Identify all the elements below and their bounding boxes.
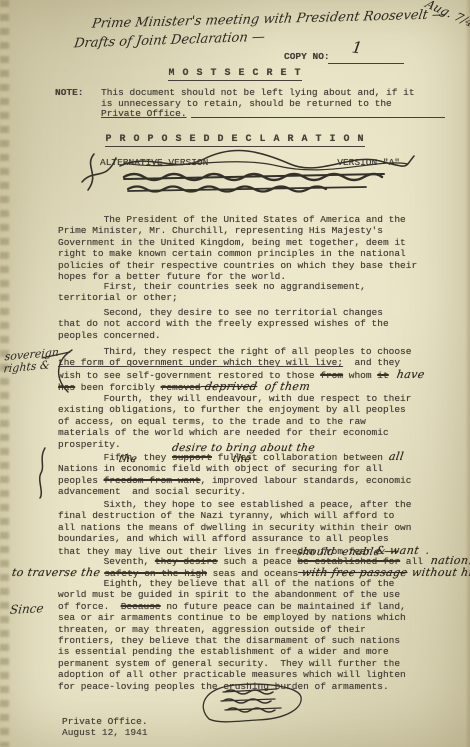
copy-number-underline [328, 63, 404, 64]
typed-segment: of access, on equal terms, to the trade … [58, 416, 366, 427]
text-line: materials of the world which are needed … [58, 427, 434, 438]
text-line: Government in the United Kingdom, being … [58, 237, 434, 248]
typed-segment: advancement and social security. [58, 486, 246, 497]
handwritten-segment: with free passage [297, 567, 408, 578]
typed-segment: Because [121, 601, 161, 612]
typed-segment: existing obligations, to further the enj… [58, 404, 406, 415]
typed-segment: object of securing for all [229, 463, 383, 474]
typed-segment: world must be guided in spirit to the ab… [58, 589, 400, 600]
typed-segment: Sixth, they hope to see established a pe… [58, 499, 411, 510]
typed-segment: Second, they desire to see no territoria… [58, 307, 383, 318]
typed-segment: Eighth, they believe that all of the nat… [58, 578, 394, 589]
note-text: This document should not be left lying a… [101, 88, 445, 120]
handwritten-header-line2: Drafts of Joint Declaration — [73, 30, 266, 52]
paragraph-fifth: Fifth, they desire to bring about thesup… [58, 451, 434, 498]
text-line: of force. Because no future peace can be… [58, 601, 434, 612]
typed-segment: peoples concerned. [58, 330, 161, 341]
text-line: permanent system of general security. Th… [58, 658, 434, 669]
typed-segment: sea or air armaments continue to be empl… [58, 612, 406, 623]
text-line: threaten, or may threaten, aggression ou… [58, 624, 434, 635]
text-line: Prime Minister, Mr. Churchill, represent… [58, 225, 434, 236]
note-private-office: Private Office. [101, 109, 187, 120]
text-line: territorial or other; [58, 292, 434, 303]
typed-segment: Third, they respect the right of all peo… [58, 346, 411, 357]
paragraph-seventh: Seventh, they desire such a peace should… [58, 555, 434, 580]
typed-segment: all nations the means of dwelling in sec… [58, 522, 411, 533]
text-line: The President of the United States of Am… [58, 214, 434, 225]
typed-segment: removed [161, 382, 201, 393]
typed-segment: Fourth, they will endeavour, with due re… [58, 393, 411, 404]
text-line: right to make known certain common princ… [58, 248, 434, 259]
text-line: peoples concerned. [58, 330, 434, 341]
note-line: Private Office. [101, 109, 445, 120]
text-line: existing obligations, to further the enj… [58, 404, 434, 415]
text-line: of access, on equal terms, to the trade … [58, 416, 434, 427]
text-line: policies of their respective countries o… [58, 260, 434, 271]
text-line: Fourth, they will endeavour, with due re… [58, 393, 434, 404]
text-line: sea or air armaments continue to be empl… [58, 612, 434, 623]
handwritten-segment: nation. [422, 555, 470, 566]
handwritten-segment: the [114, 454, 116, 465]
text-line: Nations in the economic field with the o… [58, 463, 434, 474]
paragraph-second: Second, they desire to see no territoria… [58, 307, 434, 341]
typed-segment: from [320, 370, 343, 381]
text-line: First, their countries seek no aggrandis… [58, 281, 434, 292]
typed-segment: Government in the United Kingdom, being … [58, 237, 406, 248]
typed-segment: Prime Minister, Mr. Churchill, represent… [58, 225, 383, 236]
typed-segment: freedom from want [104, 475, 201, 486]
typed-segment: The President of the United States of Am… [58, 214, 406, 225]
typed-segment: territorial or other; [58, 292, 178, 303]
typed-segment: been forcibly [75, 382, 161, 393]
classification-row: M O S T S E C R E T [0, 67, 470, 81]
handwritten-segment: all [388, 451, 405, 462]
typed-segment: they desire [155, 556, 218, 567]
text-line: that do not accord with the freely expre… [58, 318, 434, 329]
handwritten-header-line1: Prime Minister's meeting with President … [91, 7, 446, 31]
footer-office: Private Office. [62, 716, 148, 727]
typed-segment: prosperity. [58, 439, 121, 450]
typed-segment: economic field with [115, 463, 229, 474]
note-label: NOTE: [55, 88, 101, 120]
typed-segment: peoples [58, 475, 104, 486]
text-line: has been forcibly removed deprived of th… [58, 381, 434, 393]
handwritten-segment: should enable ⟶ [297, 547, 299, 558]
typed-segment: and they [343, 357, 400, 368]
handwritten-segment: deprived [200, 381, 258, 392]
handwritten-segment: desire to bring about the [171, 443, 173, 454]
typed-segment: materials of the world which are needed … [58, 427, 389, 438]
text-line: Second, they desire to see no territoria… [58, 307, 434, 318]
margin-brace-fifth [36, 446, 50, 500]
typed-segment: policies of their respective countries o… [58, 260, 417, 271]
typed-segment: is essential pending the establishment o… [58, 646, 389, 657]
typed-segment: of force. [58, 601, 121, 612]
footer-circled-scribble [193, 679, 313, 725]
footer-date: August 12, 1941 [62, 727, 148, 738]
typed-segment: threaten, or may threaten, aggression ou… [58, 624, 366, 635]
handwritten-segment: have [388, 369, 426, 380]
note-line: This document should not be left lying a… [101, 88, 445, 99]
text-line: the form of government under which they … [58, 357, 434, 368]
handwritten-segment: the [228, 454, 230, 465]
typed-segment: the form of government under which they … [58, 357, 343, 368]
typed-segment: permanent system of general security. Th… [58, 658, 400, 669]
text-line: Eighth, they believe that all of the nat… [58, 578, 434, 589]
handwritten-segment: of them [256, 381, 311, 392]
text-line: is essential pending the establishment o… [58, 646, 434, 657]
typed-segment: right to make known certain common princ… [58, 248, 406, 259]
typed-segment: frontiers, they believe that the disarma… [58, 635, 400, 646]
text-line: all nations the means of dwelling in sec… [58, 522, 434, 533]
paragraph-third: Third, they respect the right of all peo… [58, 346, 434, 394]
typed-segment: boundaries, and which will afford assura… [58, 533, 389, 544]
handwritten-segment: to traverse the [11, 567, 105, 578]
note-trailing-rule [191, 107, 445, 118]
classification-stamp: M O S T S E C R E T [168, 68, 301, 81]
typed-segment: First, their countries seek no aggrandis… [58, 281, 366, 292]
margin-brace-third [40, 348, 86, 394]
handling-note: NOTE: This document should not be left l… [55, 88, 445, 120]
copy-number-label: COPY NO: [284, 51, 330, 62]
typed-segment: Nations in [58, 463, 115, 474]
text-line: final destruction of the Nazi tyranny, w… [58, 510, 434, 521]
text-line: frontiers, they believe that the disarma… [58, 635, 434, 646]
typed-segment: final destruction of the Nazi tyranny, w… [58, 510, 394, 521]
handwritten-segment: without hindrance [407, 567, 470, 578]
paragraph-eighth: Eighth, they believe that all of the nat… [58, 578, 434, 692]
text-line: world must be guided in spirit to the ab… [58, 589, 434, 600]
paragraph-first: First, their countries seek no aggrandis… [58, 281, 434, 304]
heading-scribble-strokes [78, 146, 423, 202]
text-line: peoples freedom from want, improved labo… [58, 475, 434, 486]
copy-number-value: 1 [351, 37, 364, 57]
typed-segment: such a peace [218, 556, 298, 567]
typed-segment: whom [343, 370, 377, 381]
paragraph-preamble: The President of the United States of Am… [58, 214, 434, 282]
typed-segment: that do not accord with the freely expre… [58, 318, 389, 329]
text-line: advancement and social security. [58, 486, 434, 497]
text-line: Sixth, they hope to see established a pe… [58, 499, 434, 510]
typed-segment: , improved labour standards, economic [201, 475, 412, 486]
text-line: Third, they respect the right of all peo… [58, 346, 434, 357]
typed-segment: no future peace can be maintained if lan… [161, 601, 406, 612]
text-line: boundaries, and which will afford assura… [58, 533, 434, 544]
margin-note-since: Since [9, 601, 44, 617]
scanned-document-page: Prime Minister's meeting with President … [0, 0, 470, 747]
typed-segment: it [377, 370, 388, 381]
